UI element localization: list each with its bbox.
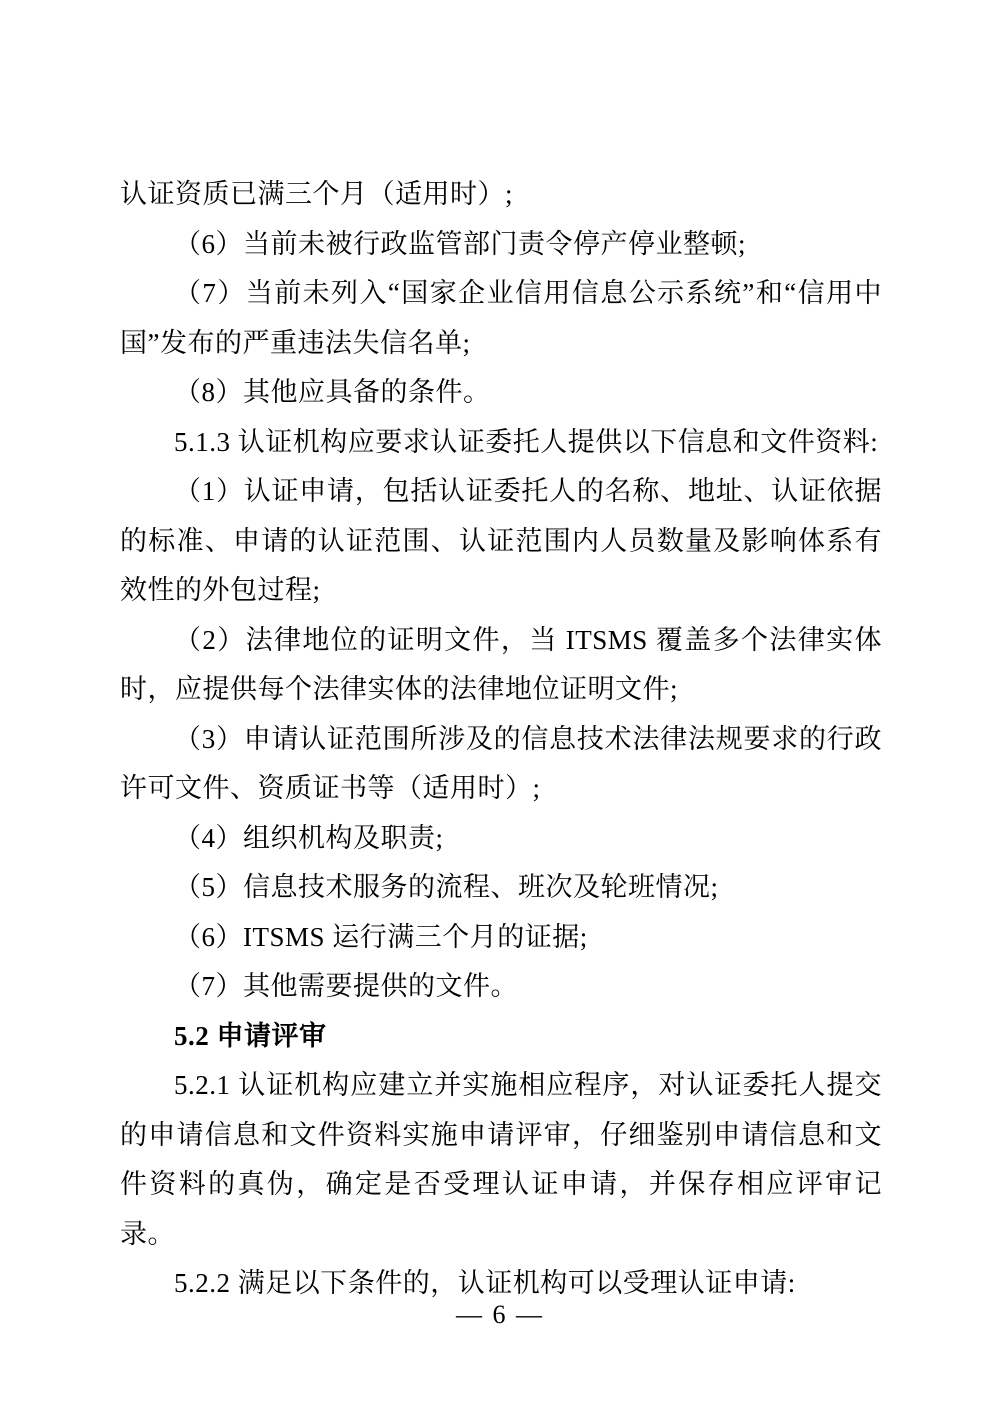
section-heading-5-2: 5.2 申请评审 [120, 1012, 882, 1062]
document-body: 认证资质已满三个月（适用时）; （6）当前未被行政监管部门责令停产停业整顿; （… [120, 170, 882, 1309]
list-item-8: （8）其他应具备的条件。 [120, 368, 882, 418]
clause-5-1-3: 5.1.3 认证机构应要求认证委托人提供以下信息和文件资料: [120, 418, 882, 468]
document-page: 认证资质已满三个月（适用时）; （6）当前未被行政监管部门责令停产停业整顿; （… [0, 0, 1000, 1414]
list-item-5: （5）信息技术服务的流程、班次及轮班情况; [120, 863, 882, 913]
list-item-1: （1）认证申请，包括认证委托人的名称、地址、认证依据的标准、申请的认证范围、认证… [120, 467, 882, 616]
paragraph-continuation: 认证资质已满三个月（适用时）; [120, 170, 882, 220]
page-number-footer: — 6 — [0, 1295, 1000, 1335]
list-item-3: （3）申请认证范围所涉及的信息技术法律法规要求的行政许可文件、资质证书等（适用时… [120, 715, 882, 814]
list-item-6b: （6）ITSMS 运行满三个月的证据; [120, 913, 882, 963]
list-item-7b: （7）其他需要提供的文件。 [120, 962, 882, 1012]
clause-5-2-1: 5.2.1 认证机构应建立并实施相应程序，对认证委托人提交的申请信息和文件资料实… [120, 1061, 882, 1259]
list-item-6: （6）当前未被行政监管部门责令停产停业整顿; [120, 220, 882, 270]
list-item-7: （7）当前未列入“国家企业信用信息公示系统”和“信用中国”发布的严重违法失信名单… [120, 269, 882, 368]
list-item-4: （4）组织机构及职责; [120, 814, 882, 864]
list-item-2: （2）法律地位的证明文件，当 ITSMS 覆盖多个法律实体时，应提供每个法律实体… [120, 616, 882, 715]
